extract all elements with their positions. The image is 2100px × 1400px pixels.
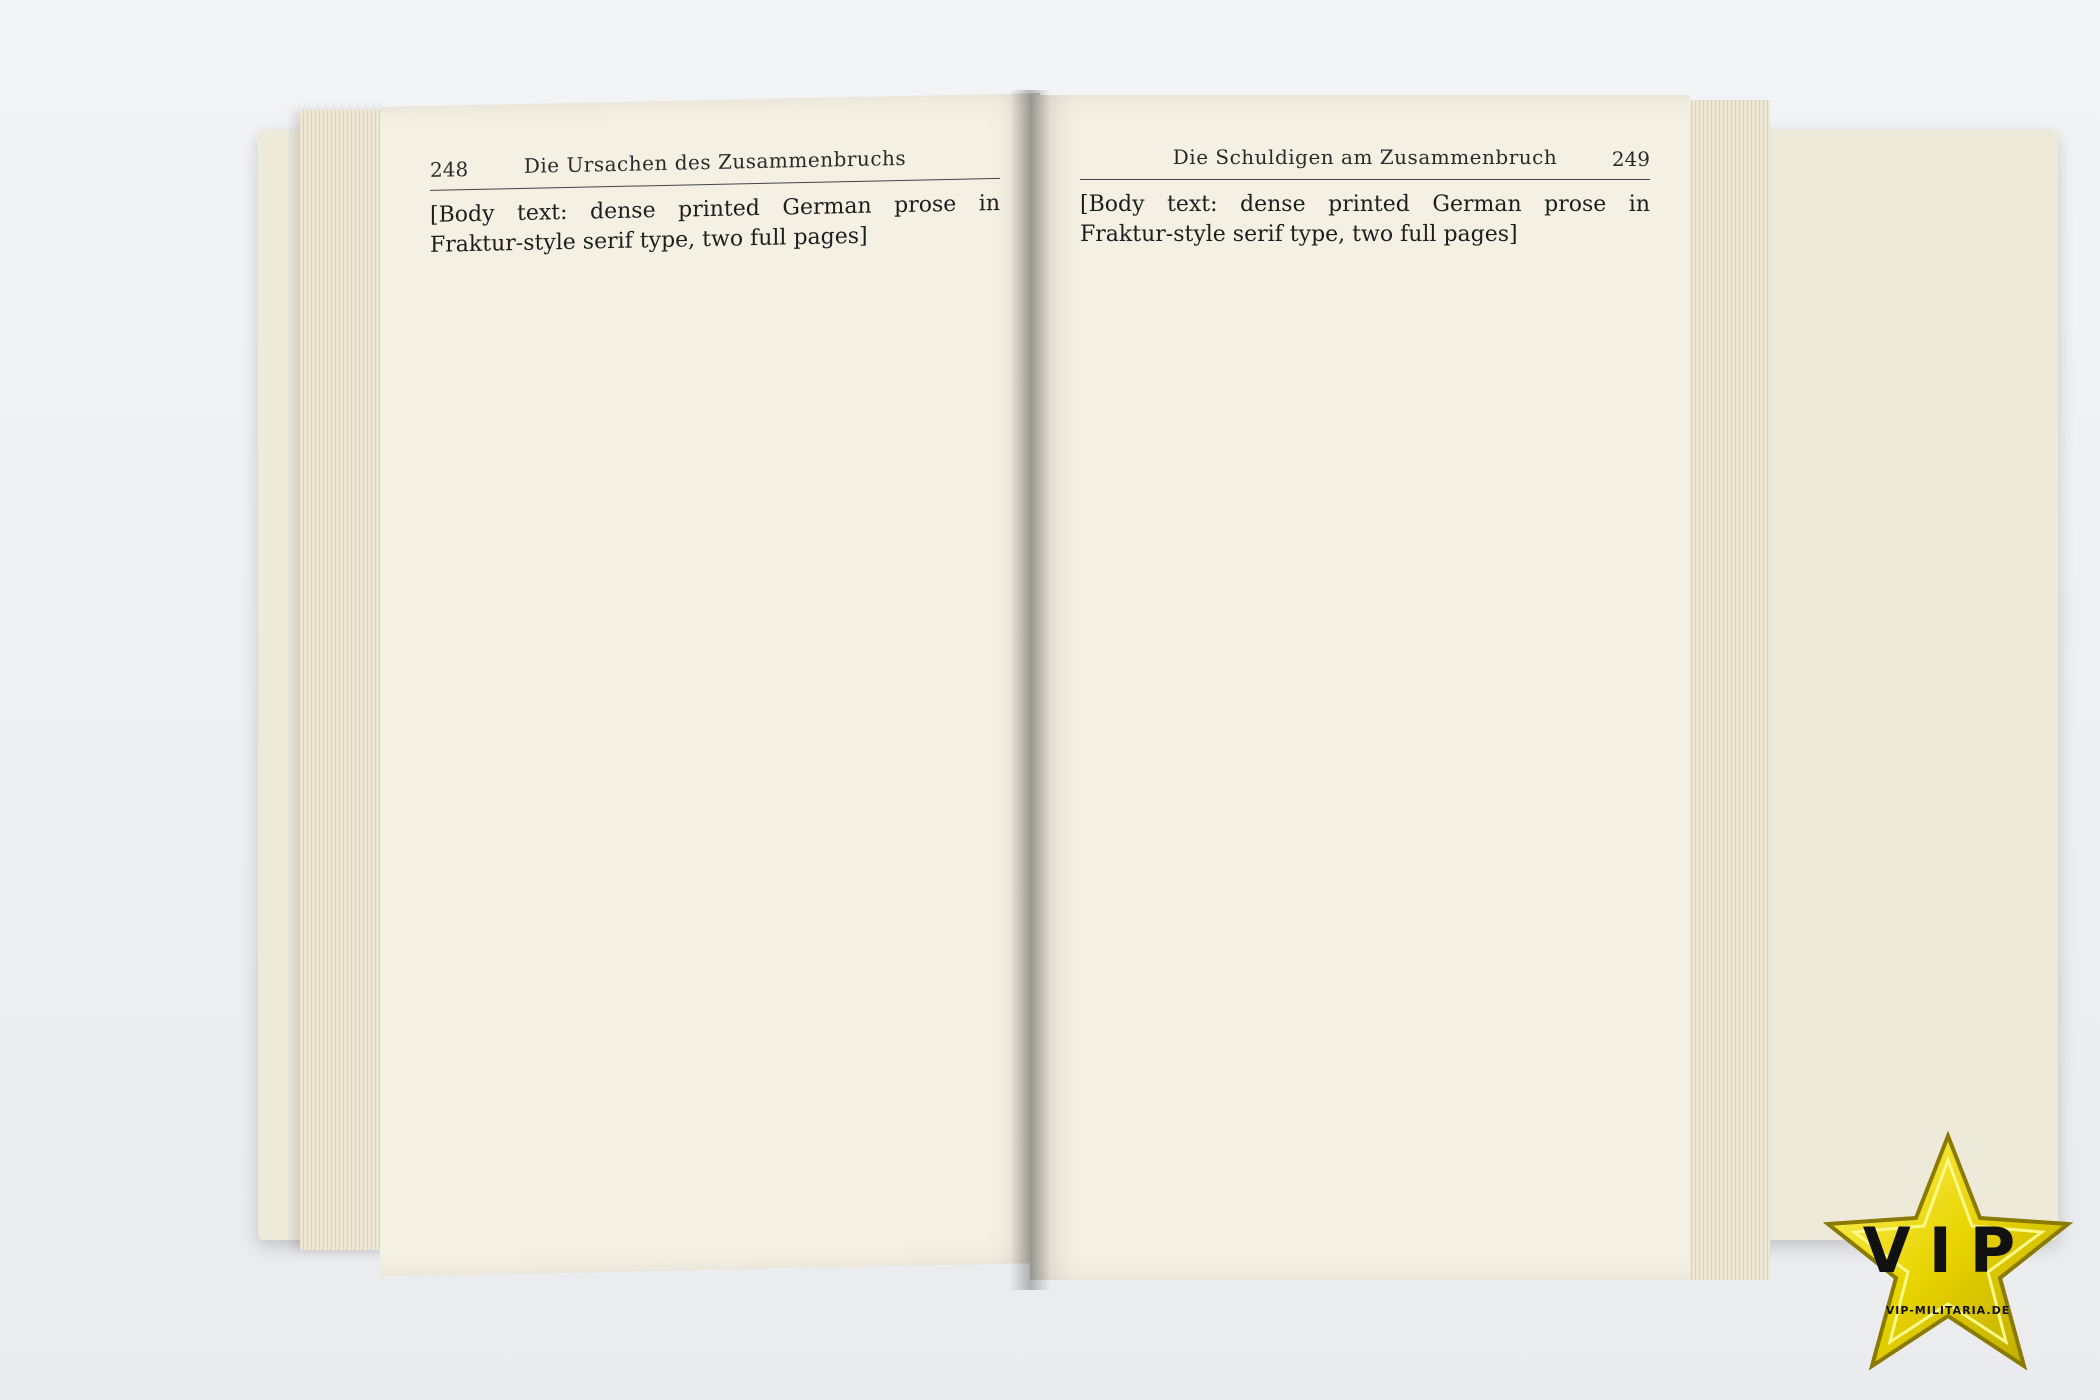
left-page-header: 248 Die Ursachen des Zusammenbruchs <box>430 142 1000 191</box>
watermark-url: VIP-MILITARIA.DE <box>1818 1304 2078 1317</box>
vip-watermark: VIP VIP-MILITARIA.DE <box>1818 1126 2078 1376</box>
page-edges-right <box>1680 100 1770 1280</box>
book-gutter-shadow <box>1010 90 1050 1290</box>
page-number: 249 <box>1612 147 1650 171</box>
watermark-label: VIP <box>1818 1214 2078 1287</box>
page-body-text: [Body text: dense printed German prose i… <box>1080 190 1650 249</box>
running-title: Die Schuldigen am Zusammenbruch <box>1080 145 1650 169</box>
right-page: Die Schuldigen am Zusammenbruch 249 [Bod… <box>1030 95 1690 1280</box>
page-edges-left <box>300 110 390 1250</box>
running-title: Die Ursachen des Zusammenbruchs <box>430 144 1000 180</box>
left-page: 248 Die Ursachen des Zusammenbruchs [Bod… <box>380 93 1040 1277</box>
page-body-text: [Body text: dense printed German prose i… <box>430 189 1000 260</box>
right-page-header: Die Schuldigen am Zusammenbruch 249 <box>1080 143 1650 180</box>
